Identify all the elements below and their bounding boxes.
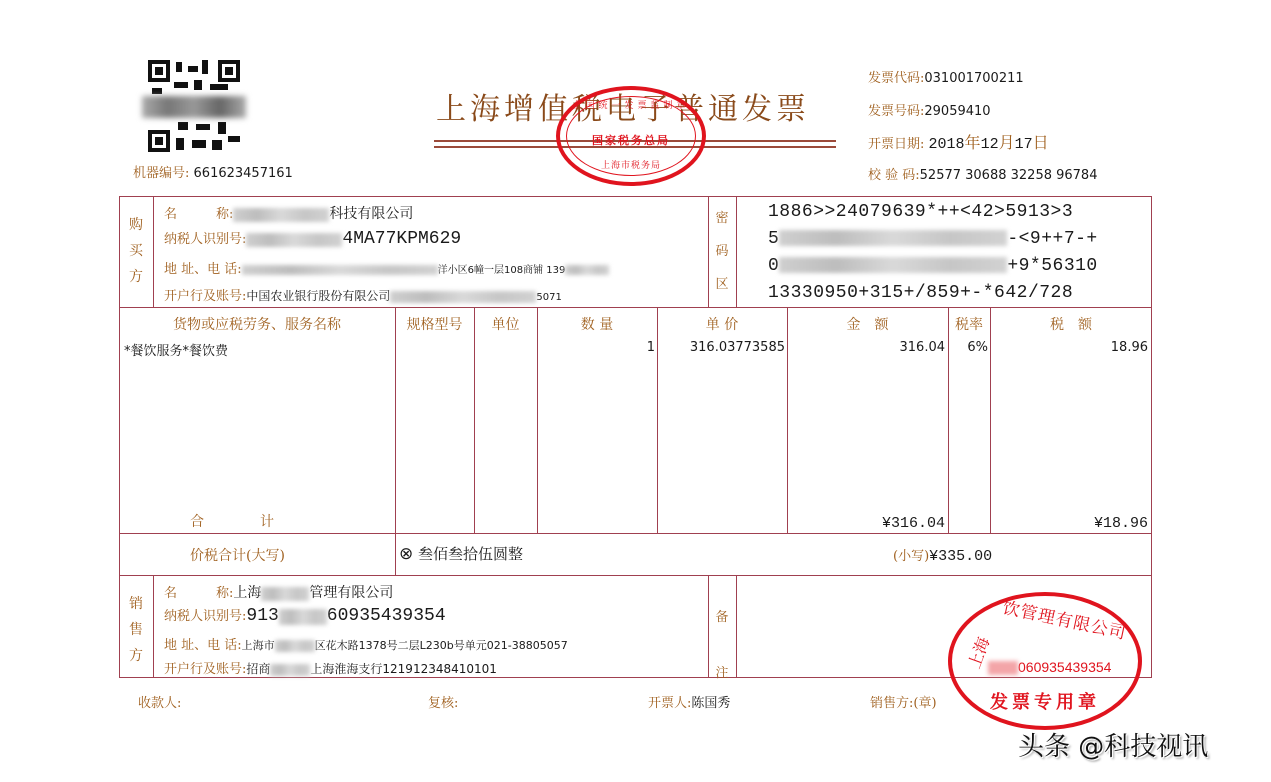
invoice-code: 发票代码:031001700211 xyxy=(868,67,1024,86)
date-day: 17 xyxy=(1015,136,1033,153)
buyer-name-value: 科技有限公司 xyxy=(329,206,413,222)
machine-value: 661623457161 xyxy=(194,166,293,181)
seal-number-value: 060935439354 xyxy=(1018,659,1111,675)
seller-bank-prefix: 招商 xyxy=(246,662,270,676)
invoice-code-label: 发票代码: xyxy=(868,71,924,86)
buyer-address-row: 地 址、电 话:洋小区6幢一层108商铺 139 xyxy=(164,258,609,277)
divider xyxy=(119,575,1152,576)
seller-bank-row: 开户行及账号:招商上海淮海支行121912348410101 xyxy=(164,658,497,677)
seller-tax-id-row: 纳税人识别号:91360935439354 xyxy=(164,605,446,626)
grand-total-words-value: 叁佰叁拾伍圆整 xyxy=(418,545,523,563)
buyer-tax-id-value: 4MA77KPM629 xyxy=(342,229,461,249)
cipher-line-4: 13330950+315+/859+-*642/728 xyxy=(768,283,1073,303)
seller-bank-label: 开户行及账号: xyxy=(164,662,246,677)
divider xyxy=(119,533,1152,534)
buyer-bank-value: 中国农业银行股份有限公司 xyxy=(246,289,390,303)
cipher-line-3: 0+9*56310 xyxy=(768,256,1098,276)
seller-label-char: 方 xyxy=(119,643,153,669)
buyer-label-char: 方 xyxy=(119,264,153,290)
issuer-label: 开票人: xyxy=(648,696,691,711)
issuer: 开票人:陈国秀 xyxy=(648,692,730,711)
seal-number: 060935439354 xyxy=(988,659,1111,675)
seller-label-char: 售 xyxy=(119,617,153,643)
item-qty: 1 xyxy=(537,340,655,355)
total-amount: ¥316.04 xyxy=(787,515,945,532)
check-code-value: 52577 30688 32258 96784 xyxy=(920,168,1098,183)
cipher-text: -<9++7-+ xyxy=(1007,229,1097,249)
tax-bureau-seal: 全国统一发票监制章 国家税务总局 上海市税务局 xyxy=(556,86,706,186)
seller-tax-id-prefix: 913 xyxy=(246,606,278,626)
buyer-tax-id-row: 纳税人识别号:4MA77KPM629 xyxy=(164,228,461,249)
issuer-name: 陈国秀 xyxy=(691,696,730,711)
divider xyxy=(736,575,737,678)
seller-address-row: 地 址、电 话:上海市区花木路1378号二层L230b号单元021-388050… xyxy=(164,634,568,653)
seller-name-suffix: 管理有限公司 xyxy=(309,585,393,601)
cipher-line-2: 5-<9++7-+ xyxy=(768,229,1098,249)
seller-stamp-label: 销售方:(章) xyxy=(870,692,937,711)
cipher-section-label: 密 码 区 xyxy=(708,202,736,301)
seller-address-prefix: 上海市 xyxy=(242,639,275,652)
col-header-unit: 单位 xyxy=(474,314,537,334)
date-day-unit: 日 xyxy=(1033,133,1049,152)
seller-address-suffix: 区花木路1378号二层L230b号单元021-38805057 xyxy=(315,639,568,652)
buyer-bank-label: 开户行及账号: xyxy=(164,289,246,304)
invoice-number-value: 29059410 xyxy=(924,104,990,119)
redacted xyxy=(988,661,1018,675)
cipher-text: +9*56310 xyxy=(1007,256,1097,276)
invoice-code-value: 031001700211 xyxy=(924,71,1023,86)
col-header-price: 单 价 xyxy=(657,314,787,334)
remarks-label-char: 备 xyxy=(708,590,736,646)
date-year-unit: 年 xyxy=(965,133,981,152)
redacted xyxy=(565,265,609,275)
total-tax: ¥18.96 xyxy=(990,515,1148,532)
item-name: *餐饮服务*餐饮费 xyxy=(124,340,228,359)
redacted xyxy=(233,208,329,222)
buyer-bank-row: 开户行及账号:中国农业银行股份有限公司5071 xyxy=(164,285,562,304)
cipher-label-char: 密 xyxy=(708,202,736,235)
payee-label: 收款人: xyxy=(138,692,181,711)
redacted-band xyxy=(142,96,246,118)
cipher-label-char: 码 xyxy=(708,235,736,268)
buyer-tax-id-label: 纳税人识别号: xyxy=(164,232,246,247)
grand-total-label: 价税合计(大写) xyxy=(190,545,285,565)
cipher-label-char: 区 xyxy=(708,268,736,301)
col-header-amount: 金 额 xyxy=(787,314,948,334)
col-header-rate: 税率 xyxy=(948,314,990,334)
date-year: 2018 xyxy=(929,136,965,153)
seal-bottom-text: 发票专用章 xyxy=(952,688,1138,714)
seller-tax-id-suffix: 60935439354 xyxy=(327,606,446,626)
buyer-label-char: 购 xyxy=(119,212,153,238)
invoice-number-label: 发票号码: xyxy=(868,104,924,119)
buyer-name-row: 名 称:科技有限公司 xyxy=(164,203,413,223)
cross-circle-icon: ⊗ xyxy=(399,544,413,564)
grand-total-figures-value: ¥335.00 xyxy=(929,548,992,565)
buyer-account-tail: 5071 xyxy=(536,292,561,303)
date-month-unit: 月 xyxy=(999,133,1015,152)
redacted xyxy=(779,257,1007,273)
cipher-text: 13330950+315+/859+-*642/728 xyxy=(768,283,1073,303)
invoice-seal: 上海 饮管理有限公司 060935439354 发票专用章 xyxy=(948,592,1142,730)
col-header-name: 货物或应税劳务、服务名称 xyxy=(119,314,395,334)
seller-label-char: 销 xyxy=(119,591,153,617)
divider xyxy=(119,307,1152,308)
redacted xyxy=(390,291,536,303)
buyer-address-label: 地 址、电 话: xyxy=(164,262,242,277)
watermark: 头条 @科技视讯 xyxy=(1018,726,1208,763)
cipher-text: 5 xyxy=(768,229,779,249)
item-tax: 18.96 xyxy=(990,340,1148,355)
divider xyxy=(474,307,475,533)
buyer-section-label: 购 买 方 xyxy=(119,212,153,290)
buyer-name-label: 名 称: xyxy=(164,207,233,222)
redacted xyxy=(270,664,310,676)
col-header-spec: 规格型号 xyxy=(395,314,474,334)
redacted xyxy=(242,265,438,275)
buyer-label-char: 买 xyxy=(119,238,153,264)
seller-section-label: 销 售 方 xyxy=(119,591,153,669)
seller-name-row: 名 称:上海管理有限公司 xyxy=(164,582,393,602)
seller-name-label: 名 称: xyxy=(164,586,233,601)
seller-tax-id-label: 纳税人识别号: xyxy=(164,609,246,624)
seal-line-2: 国家税务总局 xyxy=(560,132,702,148)
date-month: 12 xyxy=(981,136,999,153)
redacted xyxy=(261,587,309,601)
issue-date: 开票日期: 2018年12月17日 xyxy=(868,130,1049,153)
remarks-section-label: 备 注 xyxy=(708,590,736,702)
item-price: 316.03773585 xyxy=(657,340,785,355)
date-label: 开票日期: xyxy=(868,137,924,152)
col-header-qty: 数 量 xyxy=(537,314,657,334)
reviewer-label: 复核: xyxy=(428,692,458,711)
redacted xyxy=(279,609,327,625)
seal-line-3: 上海市税务局 xyxy=(560,158,702,171)
invoice-number: 发票号码:29059410 xyxy=(868,100,991,119)
seller-name-prefix: 上海 xyxy=(233,585,261,601)
check-code-label: 校 验 码: xyxy=(868,168,920,183)
machine-number: 机器编号: 661623457161 xyxy=(133,162,293,181)
divider xyxy=(736,196,737,307)
seller-address-label: 地 址、电 话: xyxy=(164,638,242,653)
total-label: 合 计 xyxy=(190,511,274,531)
divider xyxy=(395,307,396,575)
redacted xyxy=(246,233,342,247)
redacted xyxy=(779,230,1007,246)
grand-total-words: ⊗ 叁佰叁拾伍圆整 xyxy=(399,543,523,564)
check-code: 校 验 码:52577 30688 32258 96784 xyxy=(868,164,1097,183)
cipher-text: 0 xyxy=(768,256,779,276)
machine-label: 机器编号: xyxy=(133,166,189,181)
item-rate: 6% xyxy=(948,340,988,355)
buyer-address-value: 洋小区6幢一层108商铺 139 xyxy=(438,265,566,276)
small-label: (小写) xyxy=(893,549,929,564)
cipher-text: 1886>>24079639*++<42>5913>3 xyxy=(768,202,1073,222)
divider xyxy=(153,196,154,307)
redacted xyxy=(275,640,315,652)
grand-total-figures: (小写)¥335.00 xyxy=(893,545,992,565)
col-header-tax: 税 额 xyxy=(990,314,1152,334)
item-amount: 316.04 xyxy=(787,340,945,355)
qr-code xyxy=(148,60,240,152)
divider xyxy=(153,575,154,678)
seller-bank-suffix: 上海淮海支行121912348410101 xyxy=(310,662,497,676)
seal-line-1: 全国统一发票监制章 xyxy=(560,98,702,111)
cipher-line-1: 1886>>24079639*++<42>5913>3 xyxy=(768,202,1073,222)
